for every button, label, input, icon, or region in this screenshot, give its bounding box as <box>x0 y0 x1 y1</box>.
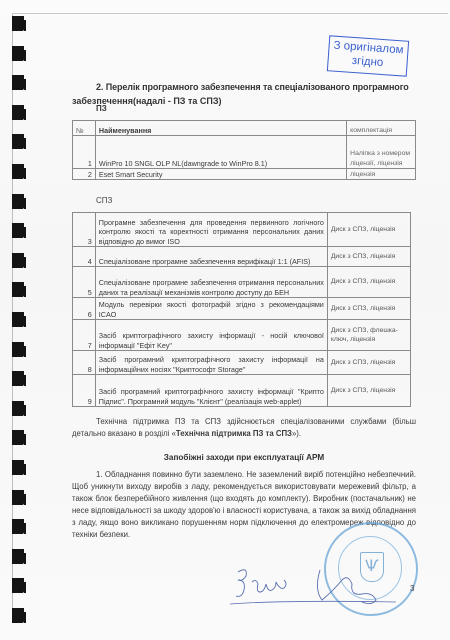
pz-table-header: № Найменування комплектація <box>73 121 416 136</box>
table-row: 2 Eset Smart Security ліцензія <box>73 169 416 180</box>
table-row: 9 Засіб програмний криптографічного захи… <box>73 375 411 407</box>
table-row: 1 WinPro 10 SNGL OLP NL(dawngrade to Win… <box>73 136 416 169</box>
row-no: 4 <box>73 247 96 267</box>
table-row: 7 Засіб криптографічного захисту інформа… <box>73 320 411 351</box>
binding-hole <box>12 312 24 327</box>
page-number: 3 <box>410 584 414 593</box>
row-no: 2 <box>73 169 96 180</box>
binding-hole <box>12 608 24 623</box>
binding-hole <box>12 253 24 268</box>
measures-title: Запобіжні заходи при експлуатації АРМ <box>72 453 416 462</box>
row-name: Програмне забезпечення для проведення пе… <box>95 213 327 247</box>
binding-hole <box>12 549 24 564</box>
support-section-ref: Технічна підтримка ПЗ та СПЗ <box>176 429 292 438</box>
row-kit: Диск з СПЗ, флешка-ключ, ліцензія <box>327 320 410 351</box>
binding-hole <box>12 430 24 445</box>
binding-hole <box>12 164 24 179</box>
binding-hole <box>12 105 24 120</box>
binding-hole <box>12 578 24 593</box>
row-kit: Диск з СПЗ, ліцензія <box>327 375 410 407</box>
binding-hole <box>12 371 24 386</box>
table-row: 6 Модуль перевірки якості фотографій згі… <box>73 298 411 320</box>
table-row: 3 Програмне забезпечення для проведення … <box>73 213 411 247</box>
spz-label: СПЗ <box>96 196 112 205</box>
signature <box>228 560 398 610</box>
binding-hole <box>12 16 24 31</box>
row-kit: ліцензія <box>347 169 416 180</box>
row-name: Модуль перевірки якості фотографій згідн… <box>95 298 327 320</box>
table-row: 8 Засіб програмний криптографічного захи… <box>73 351 411 375</box>
row-name: Засіб програмний криптографічного захист… <box>95 375 327 407</box>
copy-certified-stamp: З оригіналом згідно <box>327 35 409 76</box>
pz-label: ПЗ <box>96 104 107 113</box>
binding-hole <box>12 460 24 475</box>
pz-table: № Найменування комплектація 1 WinPro 10 … <box>72 120 416 180</box>
binding-hole <box>12 75 24 90</box>
row-no: 7 <box>73 320 96 351</box>
section-title-line-1: 2. Перелік програмного забезпечення та с… <box>96 82 409 92</box>
support-paragraph: Технічна підтримка ПЗ та СПЗ здійснюєтьс… <box>72 416 416 440</box>
table-row: 4 Спеціалізоване програмне забезпечення … <box>73 247 411 267</box>
binding-hole <box>12 194 24 209</box>
binding-hole <box>12 519 24 534</box>
row-no: 9 <box>73 375 96 407</box>
binding-hole <box>12 490 24 505</box>
row-kit: Диск з СПЗ, ліцензія <box>327 267 410 298</box>
binding-hole <box>12 46 24 61</box>
row-kit: Диск з СПЗ, ліцензія <box>327 351 410 375</box>
row-name: Eset Smart Security <box>95 169 346 180</box>
binding-hole <box>12 134 24 149</box>
row-no: 8 <box>73 351 96 375</box>
row-kit: Диск з СПЗ, ліцензія <box>327 298 410 320</box>
row-name: Спеціалізоване програмне забезпечення от… <box>95 267 327 298</box>
page-top-edge <box>12 13 448 14</box>
row-name: Засіб програмний криптографічного захист… <box>95 351 327 375</box>
row-name: Спеціалізоване програмне забезпечення ве… <box>95 247 327 267</box>
document-page: З оригіналом згідно 2. Перелік програмно… <box>0 0 450 640</box>
row-name: WinPro 10 SNGL OLP NL(dawngrade to WinPr… <box>95 136 346 169</box>
binding-hole <box>12 342 24 357</box>
section-title-line-2: забезпечення(надалі - ПЗ та СПЗ) <box>72 96 221 106</box>
row-no: 1 <box>73 136 96 169</box>
table-row: 5 Спеціалізоване програмне забезпечення … <box>73 267 411 298</box>
row-kit: Диск з СПЗ, ліцензія <box>327 213 410 247</box>
binding-hole <box>12 282 24 297</box>
binding-hole <box>12 223 24 238</box>
row-no: 5 <box>73 267 96 298</box>
support-text-end: »). <box>292 429 301 438</box>
binding-hole <box>12 401 24 416</box>
header-no: № <box>73 121 96 136</box>
row-kit: Диск з СПЗ, ліцензія <box>327 247 410 267</box>
header-kit: комплектація <box>347 121 416 136</box>
row-kit: Наліпка з номером ліцензії, ліцензія <box>347 136 416 169</box>
row-no: 3 <box>73 213 96 247</box>
row-name: Засіб криптографічного захисту інформаці… <box>95 320 327 351</box>
header-name: Найменування <box>95 121 346 136</box>
spz-table: 3 Програмне забезпечення для проведення … <box>72 212 411 407</box>
row-no: 6 <box>73 298 96 320</box>
